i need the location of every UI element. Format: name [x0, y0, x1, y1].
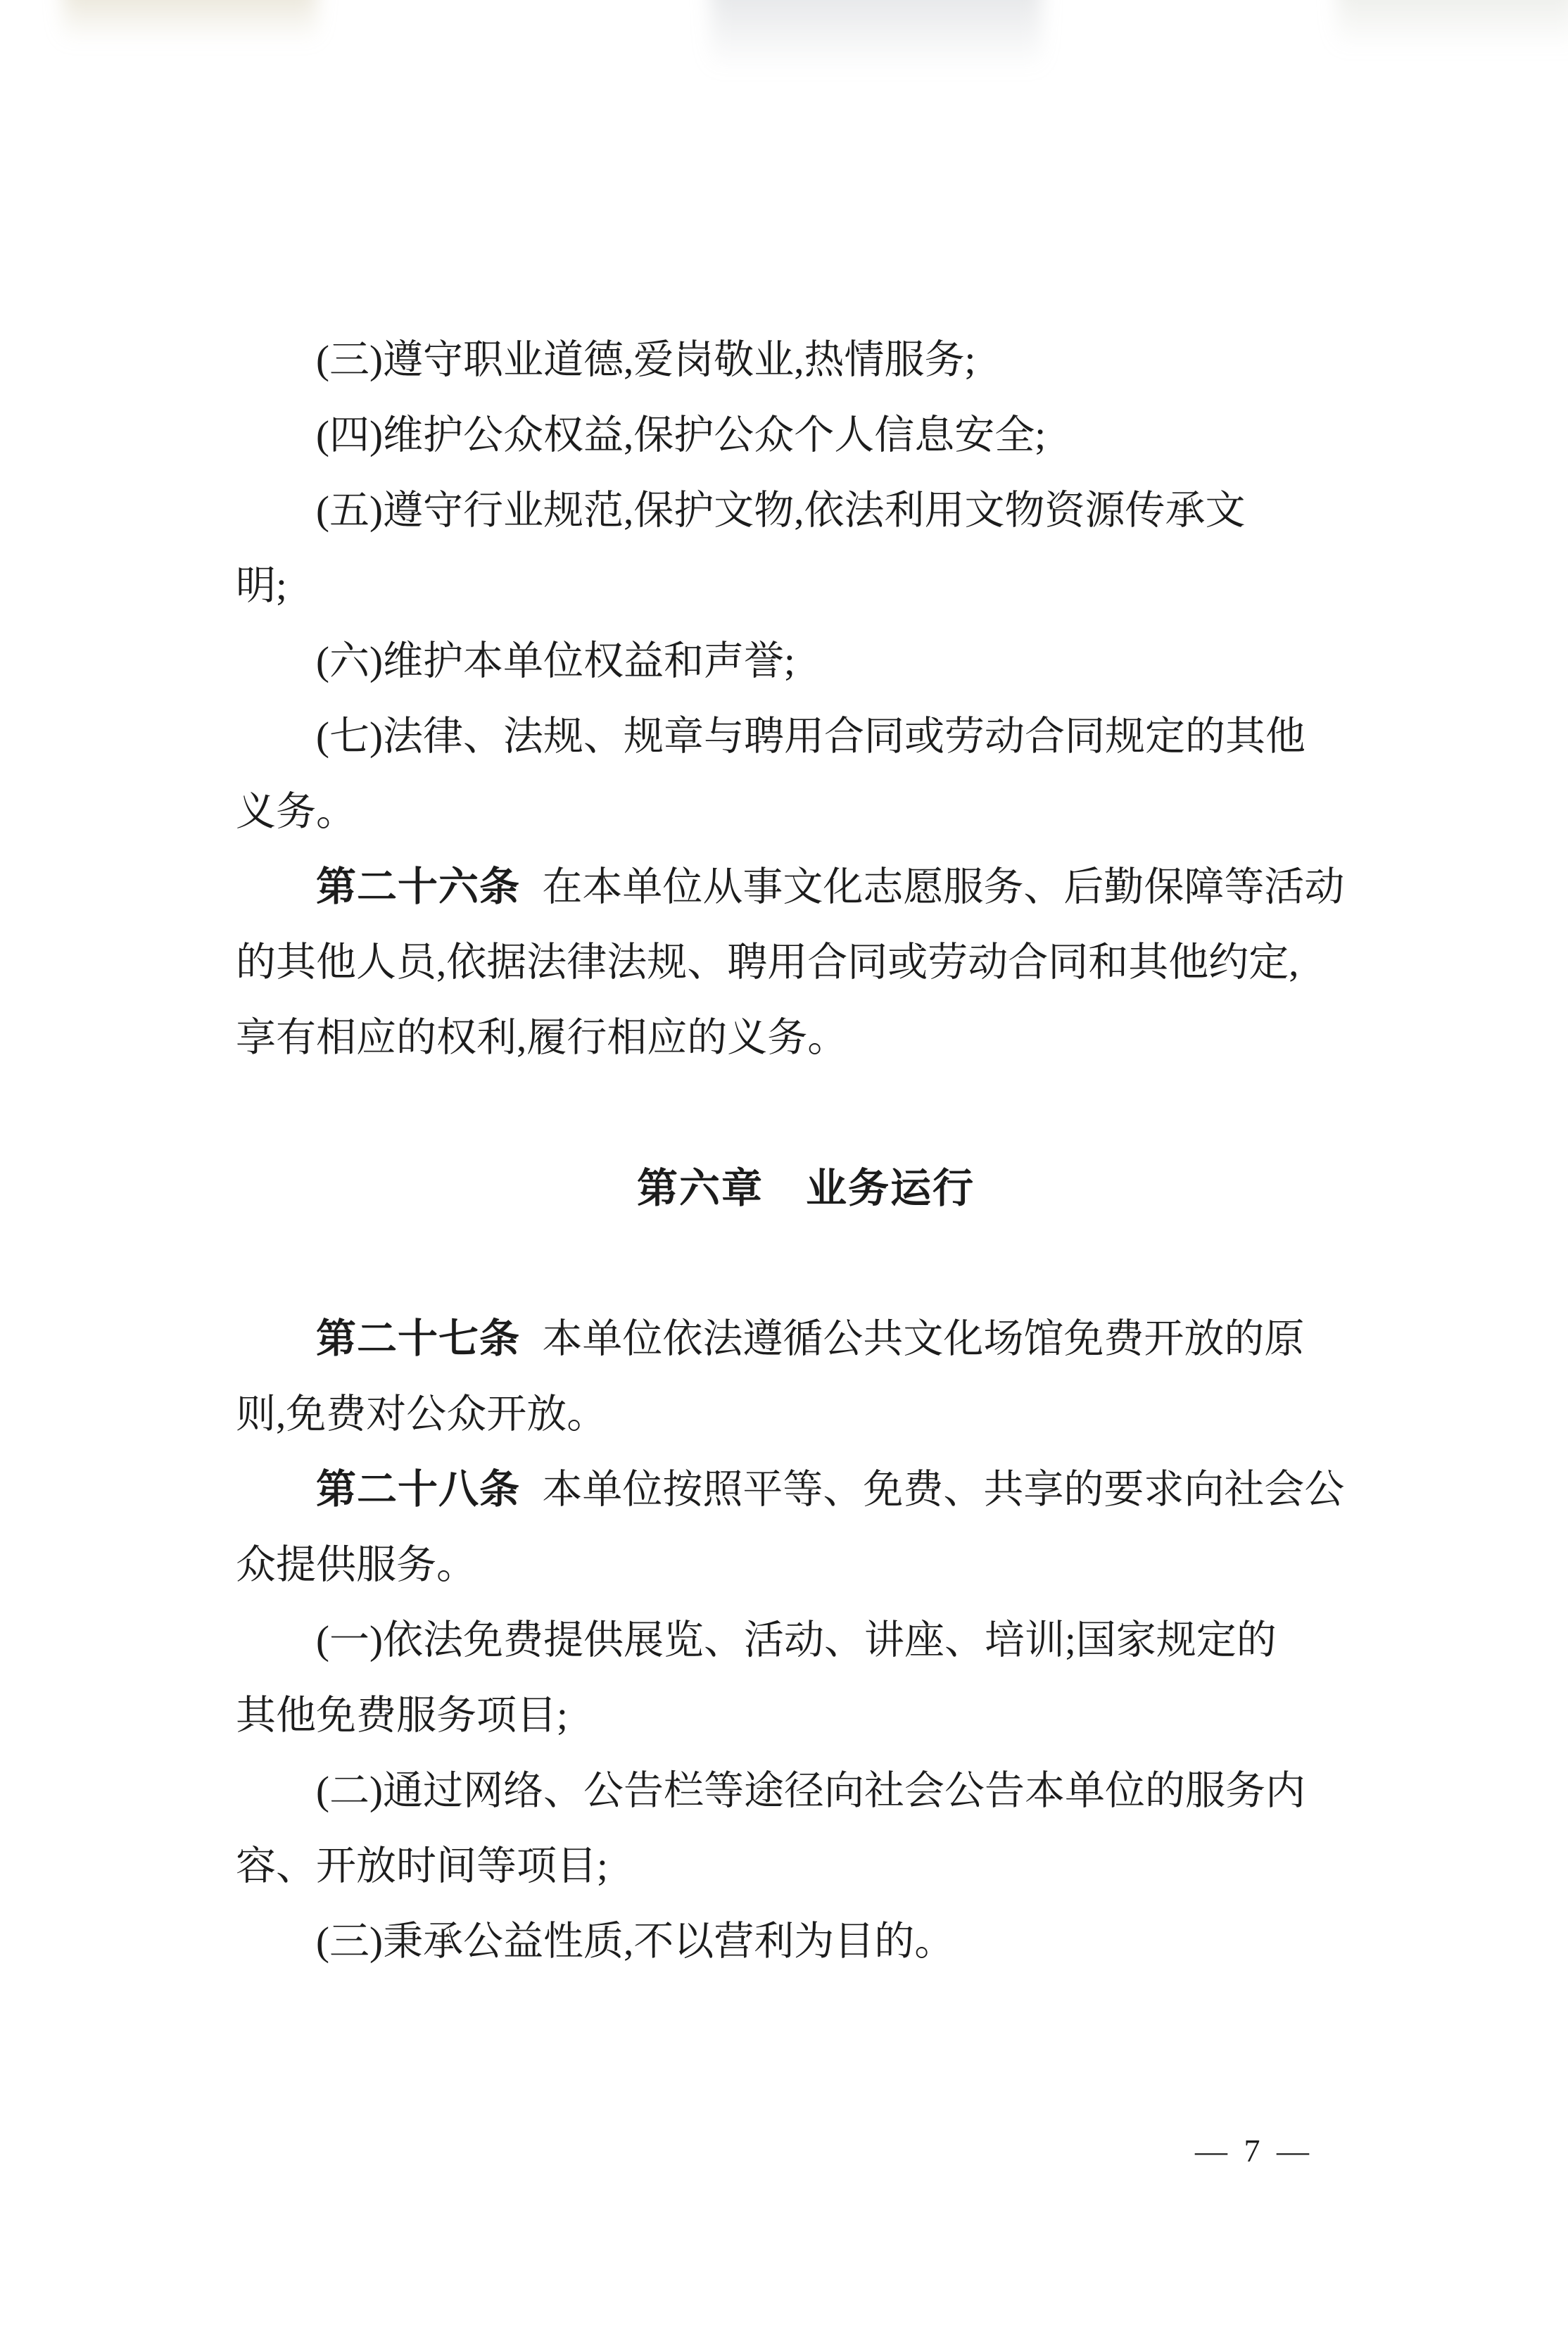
- article-number: 第二十六条: [316, 864, 520, 909]
- line-text: 其他免费服务项目;: [236, 1693, 568, 1738]
- line-text: 则,免费对公众开放。: [236, 1392, 607, 1437]
- text-line: (五)遵守行业规范,保护文物,依法利用文物资源传承文: [236, 473, 1376, 548]
- blank-line: [236, 1075, 1376, 1151]
- text-line: 享有相应的权利,履行相应的义务。: [236, 1000, 1376, 1075]
- article-number: 第二十八条: [316, 1467, 520, 1512]
- line-text: 明;: [236, 564, 287, 608]
- text-line: 其他免费服务项目;: [236, 1678, 1376, 1753]
- text-line: 则,免费对公众开放。: [236, 1377, 1376, 1452]
- chapter-heading: 第六章 业务运行: [236, 1151, 1376, 1226]
- page-number: — 7 —: [1195, 2127, 1313, 2175]
- blank-line: [236, 1226, 1376, 1301]
- text-line: (六)维护本单位权益和声誉;: [236, 624, 1376, 699]
- scan-artifact: [1337, 0, 1568, 49]
- line-text: (六)维护本单位权益和声誉;: [316, 639, 795, 683]
- line-text: 本单位按照平等、免费、共享的要求向社会公: [542, 1468, 1344, 1512]
- line-text: 本单位依法遵循公共文化场馆免费开放的原: [542, 1317, 1304, 1361]
- text-line: 明;: [236, 548, 1376, 624]
- line-text: (一)依法免费提供展览、活动、讲座、培训;国家规定的: [316, 1618, 1277, 1663]
- line-text: 义务。: [236, 790, 356, 834]
- text-line: 第二十八条本单位按照平等、免费、共享的要求向社会公: [236, 1452, 1376, 1527]
- line-text: 的其他人员,依据法律法规、聘用合同或劳动合同和其他约定,: [236, 940, 1299, 985]
- line-text: (三)秉承公益性质,不以营利为目的。: [316, 1919, 954, 1964]
- text-line: (七)法律、法规、规章与聘用合同或劳动合同规定的其他: [236, 699, 1376, 774]
- document-body: (三)遵守职业道德,爱岗敬业,热情服务;(四)维护公众权益,保护公众个人信息安全…: [236, 322, 1376, 1979]
- text-line: (一)依法免费提供展览、活动、讲座、培训;国家规定的: [236, 1603, 1376, 1678]
- line-text: (七)法律、法规、规章与聘用合同或劳动合同规定的其他: [316, 714, 1305, 759]
- text-line: 义务。: [236, 774, 1376, 850]
- text-line: 容、开放时间等项目;: [236, 1829, 1376, 1904]
- text-line: (二)通过网络、公告栏等途径向社会公告本单位的服务内: [236, 1753, 1376, 1829]
- scan-artifact: [63, 0, 317, 42]
- line-text: 享有相应的权利,履行相应的义务。: [236, 1016, 847, 1060]
- line-text: (五)遵守行业规范,保护文物,依法利用文物资源传承文: [316, 488, 1245, 533]
- line-text: (三)遵守职业道德,爱岗敬业,热情服务;: [316, 338, 975, 382]
- article-number: 第二十七条: [316, 1316, 520, 1361]
- line-text: (四)维护公众权益,保护公众个人信息安全;: [316, 413, 1046, 458]
- line-text: 第六章 业务运行: [637, 1166, 975, 1211]
- document-page: (三)遵守职业道德,爱岗敬业,热情服务;(四)维护公众权益,保护公众个人信息安全…: [0, 0, 1568, 2334]
- line-text: 容、开放时间等项目;: [236, 1844, 608, 1888]
- scan-artifact: [711, 0, 1042, 70]
- text-line: 第二十七条本单位依法遵循公共文化场馆免费开放的原: [236, 1301, 1376, 1377]
- line-text: 在本单位从事文化志愿服务、后勤保障等活动: [542, 865, 1344, 909]
- text-line: 的其他人员,依据法律法规、聘用合同或劳动合同和其他约定,: [236, 925, 1376, 1000]
- line-text: (二)通过网络、公告栏等途径向社会公告本单位的服务内: [316, 1769, 1305, 1813]
- text-line: (四)维护公众权益,保护公众个人信息安全;: [236, 398, 1376, 473]
- text-line: 第二十六条在本单位从事文化志愿服务、后勤保障等活动: [236, 850, 1376, 925]
- text-line: (三)秉承公益性质,不以营利为目的。: [236, 1904, 1376, 1979]
- text-line: 众提供服务。: [236, 1527, 1376, 1603]
- text-line: (三)遵守职业道德,爱岗敬业,热情服务;: [236, 322, 1376, 398]
- line-text: 众提供服务。: [236, 1543, 476, 1587]
